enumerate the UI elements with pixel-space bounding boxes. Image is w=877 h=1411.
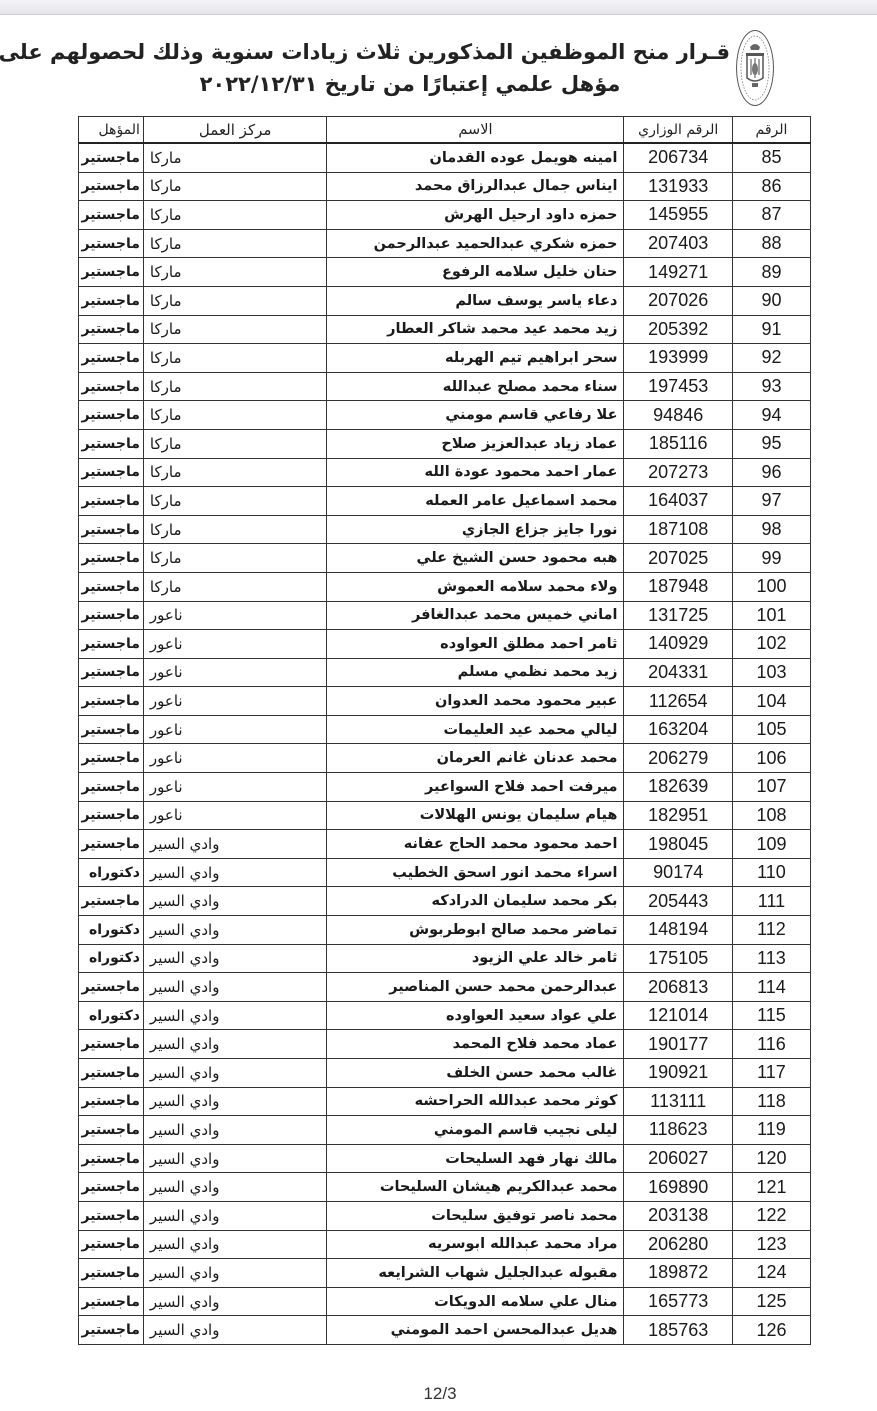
table-header-row: الرقم الرقم الوزاري الاسم مركز العمل الم… [79,117,811,144]
employee-name-cell: زيد محمد نظمي مسلم [327,658,624,687]
row-number-cell: 95 [732,429,810,458]
qualification-cell: ماجستير [79,1144,144,1173]
employee-name-cell: ليالي محمد عيد العليمات [327,715,624,744]
work-center-cell: ماركا [143,572,327,601]
row-number-cell: 91 [732,315,810,344]
title-line-2: مؤهل علمي إعتبارًا من تاريخ ٢٠٢٢/١٢/٣١ [90,68,730,100]
work-center-cell: ماركا [143,401,327,430]
qualification-cell: ماجستير [79,1059,144,1088]
employee-name-cell: مالك نهار فهد السليحات [327,1144,624,1173]
ministry-number-cell: 207273 [624,458,732,487]
work-center-cell: وادي السير [143,1059,327,1088]
table-row: 122203138محمد ناصر توفيق سليحاتوادي السي… [79,1201,811,1230]
work-center-cell: ماركا [143,229,327,258]
ministry-number-cell: 190921 [624,1059,732,1088]
ministry-number-cell: 189872 [624,1259,732,1288]
qualification-cell: ماجستير [79,1316,144,1345]
work-center-cell: وادي السير [143,944,327,973]
ministry-number-cell: 190177 [624,1030,732,1059]
work-center-cell: وادي السير [143,1230,327,1259]
table-row: 109198045احمد محمود محمد الحاج عفانهوادي… [79,830,811,859]
employee-name-cell: غالب محمد حسن الخلف [327,1059,624,1088]
qualification-cell: ماجستير [79,143,144,172]
employee-name-cell: اسراء محمد انور اسحق الخطيب [327,858,624,887]
qualification-cell: دكتوراه [79,858,144,887]
employee-name-cell: سحر ابراهيم تيم الهربله [327,344,624,373]
work-center-cell: ناعور [143,744,327,773]
ministry-number-cell: 148194 [624,916,732,945]
table-row: 126185763هديل عبدالمحسن احمد المومنيوادي… [79,1316,811,1345]
employee-name-cell: ميرفت احمد فلاح السواعير [327,773,624,802]
qualification-cell: ماجستير [79,801,144,830]
qualification-cell: ماجستير [79,1259,144,1288]
table-row: 90207026دعاء ياسر يوسف سالمماركاماجستير [79,286,811,315]
row-number-cell: 100 [732,572,810,601]
table-row: 104112654عبير محمود محمد العدوانناعورماج… [79,687,811,716]
table-row: 89149271حنان خليل سلامه الرفوعماركاماجست… [79,258,811,287]
employee-name-cell: علا رفاعي قاسم مومني [327,401,624,430]
table-row: 86131933ايناس جمال عبدالرزاق محمدماركاما… [79,172,811,201]
qualification-cell: ماجستير [79,1287,144,1316]
qualification-cell: ماجستير [79,630,144,659]
table-row: 102140929ثامر احمد مطلق العواودهناعورماج… [79,630,811,659]
table-row: 111205443بكر محمد سليمان الدرادكهوادي ال… [79,887,811,916]
header-name: الاسم [327,117,624,144]
qualification-cell: ماجستير [79,744,144,773]
row-number-cell: 90 [732,286,810,315]
table-row: 105163204ليالي محمد عيد العليماتناعورماج… [79,715,811,744]
employee-name-cell: محمد عبدالكريم هيشان السليحات [327,1173,624,1202]
row-number-cell: 108 [732,801,810,830]
employee-name-cell: ولاء محمد سلامه العموش [327,572,624,601]
employee-name-cell: منال علي سلامه الدويكات [327,1287,624,1316]
work-center-cell: وادي السير [143,916,327,945]
ministry-number-cell: 121014 [624,1001,732,1030]
table-row: 93197453سناء محمد مصلح عبداللهماركاماجست… [79,372,811,401]
employee-name-cell: محمد ناصر توفيق سليحات [327,1201,624,1230]
employee-name-cell: تماضر محمد صالح ابوطربوش [327,916,624,945]
row-number-cell: 120 [732,1144,810,1173]
ministry-number-cell: 193999 [624,344,732,373]
qualification-cell: ماجستير [79,1030,144,1059]
qualification-cell: ماجستير [79,773,144,802]
table-row: 96207273عمار احمد محمود عودة اللهماركاما… [79,458,811,487]
ministry-number-cell: 203138 [624,1201,732,1230]
ministry-number-cell: 204331 [624,658,732,687]
row-number-cell: 122 [732,1201,810,1230]
table-row: 101131725اماني خميس محمد عبدالغافرناعورم… [79,601,811,630]
row-number-cell: 92 [732,344,810,373]
jordan-ministry-emblem-icon [736,30,774,106]
employee-name-cell: عبدالرحمن محمد حسن المناصير [327,973,624,1002]
ministry-number-cell: 185763 [624,1316,732,1345]
qualification-cell: ماجستير [79,687,144,716]
employee-name-cell: بكر محمد سليمان الدرادكه [327,887,624,916]
employee-name-cell: مراد محمد عبدالله ابوسريه [327,1230,624,1259]
row-number-cell: 99 [732,544,810,573]
qualification-cell: ماجستير [79,715,144,744]
work-center-cell: وادي السير [143,858,327,887]
employee-name-cell: هديل عبدالمحسن احمد المومني [327,1316,624,1345]
employee-name-cell: ايناس جمال عبدالرزاق محمد [327,172,624,201]
employee-name-cell: عمار احمد محمود عودة الله [327,458,624,487]
table-body: 85206734امينه هويمل عوده القدمانماركاماج… [79,143,811,1344]
ministry-number-cell: 207025 [624,544,732,573]
row-number-cell: 124 [732,1259,810,1288]
qualification-cell: ماجستير [79,887,144,916]
table-row: 99207025هبه محمود حسن الشيخ عليماركاماجس… [79,544,811,573]
work-center-cell: وادي السير [143,1030,327,1059]
table-row: 91205392زيد محمد عيد محمد شاكر العطارمار… [79,315,811,344]
row-number-cell: 118 [732,1087,810,1116]
work-center-cell: ماركا [143,143,327,172]
employee-name-cell: سناء محمد مصلح عبدالله [327,372,624,401]
ministry-number-cell: 187108 [624,515,732,544]
qualification-cell: ماجستير [79,658,144,687]
row-number-cell: 101 [732,601,810,630]
work-center-cell: ناعور [143,801,327,830]
work-center-cell: ماركا [143,258,327,287]
table-row: 115121014علي عواد سعيد العواودهوادي السي… [79,1001,811,1030]
ministry-number-cell: 205392 [624,315,732,344]
table-row: 120206027مالك نهار فهد السليحاتوادي السي… [79,1144,811,1173]
table-row: 106206279محمد عدنان غانم العرمانناعورماج… [79,744,811,773]
row-number-cell: 117 [732,1059,810,1088]
qualification-cell: ماجستير [79,401,144,430]
qualification-cell: ماجستير [79,601,144,630]
row-number-cell: 105 [732,715,810,744]
ministry-number-cell: 145955 [624,201,732,230]
ministry-number-cell: 197453 [624,372,732,401]
row-number-cell: 85 [732,143,810,172]
work-center-cell: ناعور [143,773,327,802]
header-qualification: المؤهل [79,117,144,144]
qualification-cell: ماجستير [79,229,144,258]
row-number-cell: 103 [732,658,810,687]
ministry-number-cell: 205443 [624,887,732,916]
work-center-cell: ماركا [143,344,327,373]
row-number-cell: 111 [732,887,810,916]
header-row-number: الرقم [732,117,810,144]
ministry-number-cell: 149271 [624,258,732,287]
qualification-cell: ماجستير [79,1087,144,1116]
employee-name-cell: عماد زياد عبدالعزيز صلاح [327,429,624,458]
ministry-number-cell: 94846 [624,401,732,430]
ministry-number-cell: 90174 [624,858,732,887]
qualification-cell: ماجستير [79,1201,144,1230]
work-center-cell: ناعور [143,630,327,659]
viewer-top-bar [0,0,877,15]
row-number-cell: 123 [732,1230,810,1259]
work-center-cell: وادي السير [143,1259,327,1288]
work-center-cell: ناعور [143,658,327,687]
work-center-cell: ماركا [143,315,327,344]
qualification-cell: ماجستير [79,172,144,201]
table-row: 88207403حمزه شكري عبدالحميد عبدالرحمنمار… [79,229,811,258]
row-number-cell: 93 [732,372,810,401]
table-row: 114206813عبدالرحمن محمد حسن المناصيروادي… [79,973,811,1002]
employee-name-cell: ثامر خالد علي الزيود [327,944,624,973]
ministry-number-cell: 206279 [624,744,732,773]
row-number-cell: 98 [732,515,810,544]
employee-name-cell: ليلى نجيب قاسم المومني [327,1116,624,1145]
ministry-number-cell: 206734 [624,143,732,172]
employee-name-cell: زيد محمد عيد محمد شاكر العطار [327,315,624,344]
row-number-cell: 126 [732,1316,810,1345]
row-number-cell: 104 [732,687,810,716]
qualification-cell: ماجستير [79,429,144,458]
ministry-number-cell: 182639 [624,773,732,802]
table-row: 119118623ليلى نجيب قاسم المومنيوادي السي… [79,1116,811,1145]
row-number-cell: 94 [732,401,810,430]
qualification-cell: ماجستير [79,372,144,401]
row-number-cell: 112 [732,916,810,945]
table-row: 103204331زيد محمد نظمي مسلمناعورماجستير [79,658,811,687]
ministry-number-cell: 112654 [624,687,732,716]
table-row: 92193999سحر ابراهيم تيم الهربلهماركاماجس… [79,344,811,373]
table-row: 121169890محمد عبدالكريم هيشان السليحاتوا… [79,1173,811,1202]
qualification-cell: دكتوراه [79,916,144,945]
ministry-number-cell: 164037 [624,487,732,516]
qualification-cell: ماجستير [79,572,144,601]
work-center-cell: وادي السير [143,1173,327,1202]
ministry-number-cell: 163204 [624,715,732,744]
ministry-number-cell: 207026 [624,286,732,315]
employee-name-cell: حمزه داود ارحيل الهرش [327,201,624,230]
ministry-number-cell: 185116 [624,429,732,458]
ministry-number-cell: 131933 [624,172,732,201]
page-number: 12/3 [410,1384,470,1404]
row-number-cell: 102 [732,630,810,659]
work-center-cell: ماركا [143,286,327,315]
work-center-cell: ماركا [143,487,327,516]
employee-name-cell: نورا جايز جزاع الجازي [327,515,624,544]
row-number-cell: 86 [732,172,810,201]
document-title: قـرار منح الموظفين المذكورين ثلاث زيادات… [90,36,730,100]
row-number-cell: 125 [732,1287,810,1316]
work-center-cell: ناعور [143,601,327,630]
qualification-cell: ماجستير [79,458,144,487]
table-row: 116190177عماد محمد فلاح المحمدوادي السير… [79,1030,811,1059]
ministry-number-cell: 206027 [624,1144,732,1173]
employees-table: الرقم الرقم الوزاري الاسم مركز العمل الم… [78,116,811,1345]
employee-name-cell: كوثر محمد عبدالله الحراحشه [327,1087,624,1116]
qualification-cell: ماجستير [79,315,144,344]
employee-name-cell: عبير محمود محمد العدوان [327,687,624,716]
table-row: 108182951هيام سليمان يونس الهلالاتناعورم… [79,801,811,830]
ministry-number-cell: 140929 [624,630,732,659]
work-center-cell: وادي السير [143,1287,327,1316]
qualification-cell: دكتوراه [79,944,144,973]
ministry-number-cell: 187948 [624,572,732,601]
work-center-cell: ماركا [143,515,327,544]
employee-name-cell: علي عواد سعيد العواوده [327,1001,624,1030]
row-number-cell: 106 [732,744,810,773]
table-row: 9494846علا رفاعي قاسم مومنيماركاماجستير [79,401,811,430]
ministry-number-cell: 207403 [624,229,732,258]
row-number-cell: 116 [732,1030,810,1059]
header-work-center: مركز العمل [143,117,327,144]
ministry-number-cell: 169890 [624,1173,732,1202]
qualification-cell: ماجستير [79,286,144,315]
qualification-cell: ماجستير [79,1230,144,1259]
qualification-cell: ماجستير [79,973,144,1002]
table-row: 97164037محمد اسماعيل عامر العملهماركاماج… [79,487,811,516]
row-number-cell: 119 [732,1116,810,1145]
qualification-cell: ماجستير [79,258,144,287]
ministry-number-cell: 198045 [624,830,732,859]
work-center-cell: وادي السير [143,1316,327,1345]
header-ministry-number: الرقم الوزاري [624,117,732,144]
qualification-cell: ماجستير [79,487,144,516]
work-center-cell: ماركا [143,201,327,230]
row-number-cell: 121 [732,1173,810,1202]
work-center-cell: ماركا [143,429,327,458]
work-center-cell: ماركا [143,544,327,573]
employee-name-cell: محمد اسماعيل عامر العمله [327,487,624,516]
qualification-cell: دكتوراه [79,1001,144,1030]
work-center-cell: وادي السير [143,973,327,1002]
work-center-cell: وادي السير [143,830,327,859]
table-row: 98187108نورا جايز جزاع الجازيماركاماجستي… [79,515,811,544]
qualification-cell: ماجستير [79,830,144,859]
ministry-number-cell: 182951 [624,801,732,830]
employee-name-cell: هبه محمود حسن الشيخ علي [327,544,624,573]
employee-name-cell: هيام سليمان يونس الهلالات [327,801,624,830]
work-center-cell: ناعور [143,687,327,716]
table-row: 112148194تماضر محمد صالح ابوطربوشوادي ال… [79,916,811,945]
employee-name-cell: اماني خميس محمد عبدالغافر [327,601,624,630]
table-row: 85206734امينه هويمل عوده القدمانماركاماج… [79,143,811,172]
row-number-cell: 96 [732,458,810,487]
work-center-cell: ماركا [143,458,327,487]
table-row: 124189872مقبوله عبدالجليل شهاب الشرايعهو… [79,1259,811,1288]
qualification-cell: ماجستير [79,201,144,230]
qualification-cell: ماجستير [79,544,144,573]
table-row: 117190921غالب محمد حسن الخلفوادي السيرما… [79,1059,811,1088]
row-number-cell: 107 [732,773,810,802]
row-number-cell: 114 [732,973,810,1002]
ministry-number-cell: 175105 [624,944,732,973]
employee-name-cell: حمزه شكري عبدالحميد عبدالرحمن [327,229,624,258]
work-center-cell: ناعور [143,715,327,744]
table-row: 118113111كوثر محمد عبدالله الحراحشهوادي … [79,1087,811,1116]
work-center-cell: وادي السير [143,1001,327,1030]
work-center-cell: ماركا [143,172,327,201]
ministry-number-cell: 206280 [624,1230,732,1259]
employee-name-cell: حنان خليل سلامه الرفوع [327,258,624,287]
row-number-cell: 89 [732,258,810,287]
row-number-cell: 113 [732,944,810,973]
qualification-cell: ماجستير [79,1116,144,1145]
qualification-cell: ماجستير [79,344,144,373]
employee-name-cell: احمد محمود محمد الحاج عفانه [327,830,624,859]
title-line-1: قـرار منح الموظفين المذكورين ثلاث زيادات… [90,36,730,68]
employee-name-cell: مقبوله عبدالجليل شهاب الشرايعه [327,1259,624,1288]
row-number-cell: 115 [732,1001,810,1030]
employee-name-cell: ثامر احمد مطلق العواوده [327,630,624,659]
table-row: 95185116عماد زياد عبدالعزيز صلاحماركاماج… [79,429,811,458]
work-center-cell: وادي السير [143,1116,327,1145]
work-center-cell: وادي السير [143,1087,327,1116]
row-number-cell: 97 [732,487,810,516]
row-number-cell: 88 [732,229,810,258]
employee-name-cell: دعاء ياسر يوسف سالم [327,286,624,315]
qualification-cell: ماجستير [79,515,144,544]
ministry-number-cell: 206813 [624,973,732,1002]
employee-name-cell: محمد عدنان غانم العرمان [327,744,624,773]
row-number-cell: 109 [732,830,810,859]
row-number-cell: 87 [732,201,810,230]
table-row: 100187948ولاء محمد سلامه العموشماركاماجس… [79,572,811,601]
table-row: 11090174اسراء محمد انور اسحق الخطيبوادي … [79,858,811,887]
employee-name-cell: امينه هويمل عوده القدمان [327,143,624,172]
work-center-cell: وادي السير [143,1144,327,1173]
ministry-number-cell: 118623 [624,1116,732,1145]
work-center-cell: وادي السير [143,887,327,916]
work-center-cell: ماركا [143,372,327,401]
ministry-number-cell: 131725 [624,601,732,630]
qualification-cell: ماجستير [79,1173,144,1202]
table-row: 125165773منال علي سلامه الدويكاتوادي الس… [79,1287,811,1316]
work-center-cell: وادي السير [143,1201,327,1230]
table-row: 123206280مراد محمد عبدالله ابوسريهوادي ا… [79,1230,811,1259]
table-row: 87145955حمزه داود ارحيل الهرشماركاماجستي… [79,201,811,230]
row-number-cell: 110 [732,858,810,887]
ministry-number-cell: 113111 [624,1087,732,1116]
table-row: 113175105ثامر خالد علي الزيودوادي السيرد… [79,944,811,973]
ministry-number-cell: 165773 [624,1287,732,1316]
table-row: 107182639ميرفت احمد فلاح السواعيرناعورما… [79,773,811,802]
employee-name-cell: عماد محمد فلاح المحمد [327,1030,624,1059]
